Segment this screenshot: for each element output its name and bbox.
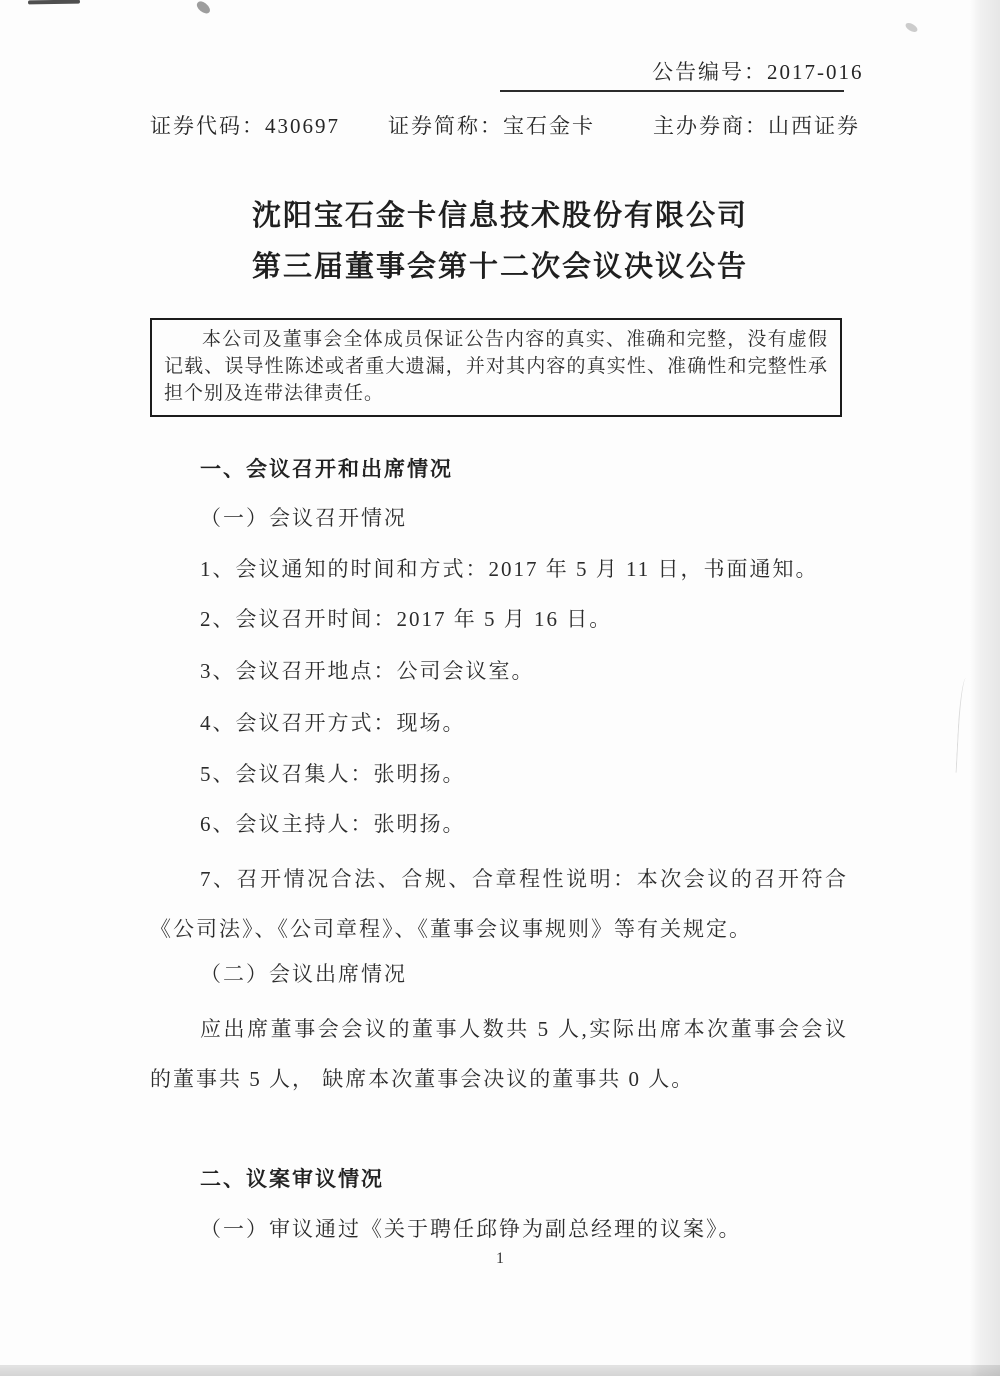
- disclaimer-box: 本公司及董事会全体成员保证公告内容的真实、准确和完整，没有虚假记载、误导性陈述或…: [150, 318, 842, 417]
- resolution-item-1: （一）审议通过《关于聘任邱铮为副总经理的议案》。: [150, 1204, 848, 1254]
- document-title: 沈阳宝石金卡信息技术股份有限公司 第三届董事会第十二次会议决议公告: [0, 191, 1000, 293]
- scan-edge-right: [970, 0, 1000, 1376]
- stock-code: 证券代码：430697: [150, 110, 340, 140]
- section-1-heading: 一、会议召开和出席情况: [150, 444, 848, 494]
- scan-crease-right: [956, 678, 970, 773]
- item-meeting-notice: 1、会议通知的时间和方式：2017 年 5 月 11 日，书面通知。: [150, 544, 848, 594]
- disclaimer-text: 本公司及董事会全体成员保证公告内容的真实、准确和完整，没有虚假记载、误导性陈述或…: [164, 326, 828, 407]
- subsection-1-1-heading: （一）会议召开情况: [150, 493, 848, 543]
- item-meeting-place: 3、会议召开地点：公司会议室。: [150, 646, 848, 696]
- document-title-line1: 沈阳宝石金卡信息技术股份有限公司: [0, 191, 1000, 242]
- announcement-number: 公告编号：2017-016: [652, 56, 864, 86]
- item-meeting-convener: 5、会议召集人：张明扬。: [150, 749, 848, 799]
- stock-short-name: 证券简称：宝石金卡: [388, 110, 595, 140]
- item-meeting-host: 6、会议主持人：张明扬。: [150, 799, 848, 849]
- section-2-heading: 二、议案审议情况: [150, 1154, 848, 1204]
- subsection-1-2-heading: （二）会议出席情况: [150, 949, 848, 999]
- scan-speck-top-left: [28, 0, 80, 4]
- scanned-document-page: 公告编号：2017-016 证券代码：430697 证券简称：宝石金卡 主办券商…: [0, 0, 1000, 1376]
- attendance-statement: 应出席董事会会议的董事人数共 5 人,实际出席本次董事会会议的董事共 5 人， …: [150, 1004, 848, 1104]
- scan-speck-top: [195, 0, 212, 16]
- page-number: 1: [0, 1250, 1000, 1268]
- item-legality-statement: 7、召开情况合法、合规、合章程性说明：本次会议的召开符合《公司法》、《公司章程》…: [150, 854, 848, 954]
- scan-speck-top-right: [904, 21, 919, 34]
- item-meeting-time: 2、会议召开时间：2017 年 5 月 16 日。: [150, 594, 848, 644]
- header-underline: [500, 90, 844, 92]
- sponsor-broker: 主办券商：山西证券: [653, 110, 860, 140]
- scan-edge-bottom: [0, 1365, 1000, 1376]
- document-title-line2: 第三届董事会第十二次会议决议公告: [0, 242, 1000, 293]
- item-meeting-method: 4、会议召开方式：现场。: [150, 698, 848, 748]
